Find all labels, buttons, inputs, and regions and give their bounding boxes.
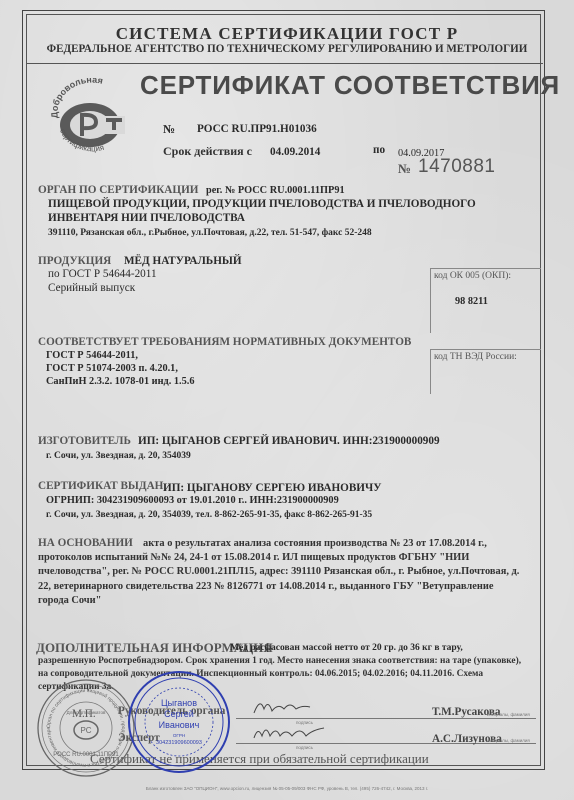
cert-body-name-line2: ИНВЕНТАРЯ НИИ ПЧЕЛОВОДСТВА <box>48 212 245 224</box>
head-signature-icon <box>250 695 320 719</box>
tnved-label: код ТН ВЭД России: <box>434 352 517 362</box>
blank-number-label: № <box>398 161 411 177</box>
cert-body-reg: рег. № РОСС RU.0001.11ПР91 <box>206 185 345 196</box>
agency-title: ФЕДЕРАЛЬНОЕ АГЕНТСТВО ПО ТЕХНИЧЕСКОМУ РЕ… <box>9 43 566 55</box>
valid-to-label: по <box>373 144 385 156</box>
conformity-doc: ГОСТ Р 54644-2011, <box>46 350 138 361</box>
svg-text:Сергей: Сергей <box>164 709 194 719</box>
rst-voluntary-certification-logo-icon: Добровольная сертификация <box>40 78 140 160</box>
manufacturer-label: ИЗГОТОВИТЕЛЬ <box>38 435 131 447</box>
svg-text:РС: РС <box>80 726 91 735</box>
okp-label: код ОК 005 (ОКП): <box>434 271 511 281</box>
conformity-label: СООТВЕТСТВУЕТ ТРЕБОВАНИЯМ НОРМАТИВНЫХ ДО… <box>38 336 411 348</box>
system-title: СИСТЕМА СЕРТИФИКАЦИИ ГОСТ Р <box>0 24 574 44</box>
svg-text:Для сертификатов: Для сертификатов <box>67 710 106 715</box>
additional-info-first-line: Мёд расфасован массой нетто от 20 гр. до… <box>230 643 463 653</box>
issued-to-label: СЕРТИФИКАТ ВЫДАН <box>38 480 163 492</box>
cert-number: РОСС RU.ПР91.Н01036 <box>197 123 317 135</box>
cert-number-label: № <box>163 122 175 137</box>
cert-body-name-line1: ПИЩЕВОЙ ПРОДУКЦИИ, ПРОДУКЦИИ ПЧЕЛОВОДСТВ… <box>48 198 476 210</box>
svg-text:ОГРН: ОГРН <box>173 733 185 738</box>
basis-text: акта о результатах анализа состояния про… <box>38 537 520 608</box>
valid-from-date: 04.09.2014 <box>270 146 320 158</box>
okp-code: 98 8211 <box>455 296 488 307</box>
issuer-seal-stamp-icon: Цыганов Сергей Иванович ОГРН 30423190960… <box>125 668 233 776</box>
issued-to-ogrn: ОГРНИП: 304231909600093 от 19.01.2010 г.… <box>46 495 339 506</box>
printer-note: Бланк изготовлен ЗАО "ОПЦИОН", www.opcio… <box>0 786 574 791</box>
product-label: ПРОДУКЦИЯ <box>38 255 111 267</box>
svg-text:Иванович: Иванович <box>159 720 200 730</box>
product-name: МЁД НАТУРАЛЬНЫЙ <box>124 255 242 267</box>
manufacturer-address: г. Сочи, ул. Звездная, д. 20, 354039 <box>46 451 191 461</box>
svg-text:РОСС RU.0001.11ПР91: РОСС RU.0001.11ПР91 <box>53 752 119 758</box>
product-standard: по ГОСТ Р 54644-2011 <box>48 268 157 280</box>
blank-number: 1470881 <box>418 156 495 178</box>
cert-body-address: 391110, Рязанская обл., г.Рыбное, ул.Поч… <box>48 228 372 238</box>
validity-label: Срок действия с <box>163 144 252 159</box>
manufacturer-name: ИП: ЦЫГАНОВ СЕРГЕЙ ИВАНОВИЧ. ИНН:2319000… <box>138 435 440 447</box>
header-divider <box>26 63 543 64</box>
issued-to-address: г. Сочи, ул. Звездная, д. 20, 354039, те… <box>46 510 372 520</box>
expert-sign-caption: подпись <box>296 745 313 750</box>
svg-text:Цыганов: Цыганов <box>161 698 197 708</box>
conformity-doc: ГОСТ Р 51074-2003 п. 4.20.1, <box>46 363 178 374</box>
product-release: Серийный выпуск <box>48 282 135 294</box>
expert-initials-caption: инициалы, фамилия <box>487 738 530 743</box>
issued-to-name: ИП: ЦЫГАНОВУ СЕРГЕЮ ИВАНОВИЧУ <box>163 482 381 494</box>
svg-text:304231909600093: 304231909600093 <box>156 740 202 746</box>
expert-signature-icon <box>250 720 330 744</box>
cert-body-label: ОРГАН ПО СЕРТИФИКАЦИИ <box>38 184 199 196</box>
certification-body-stamp-icon: Орган по сертификации пищевой продукции,… <box>34 676 138 780</box>
document-title: СЕРТИФИКАТ СООТВЕТСТВИЯ <box>140 70 560 101</box>
head-initials-caption: инициалы, фамилия <box>487 712 530 717</box>
conformity-doc: СанПиН 2.3.2. 1078-01 инд. 1.5.6 <box>46 376 195 387</box>
